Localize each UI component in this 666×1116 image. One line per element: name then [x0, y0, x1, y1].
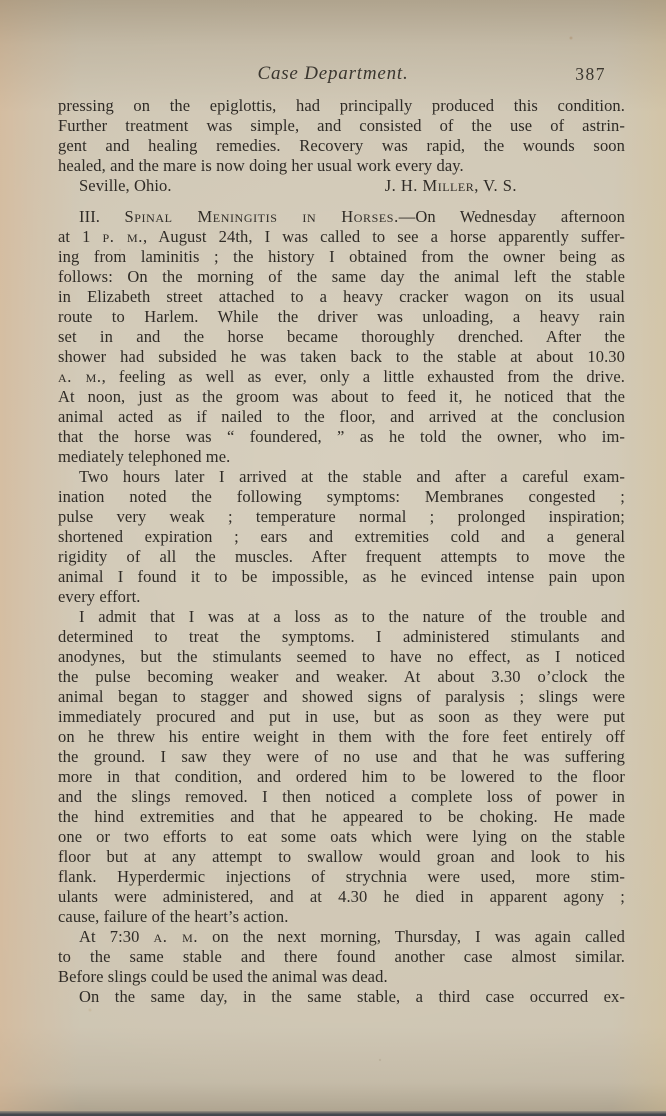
text-segment: I admit that I was at a loss as to the n…: [79, 607, 625, 626]
para-third-case: On the same day, in the same stable, a t…: [58, 987, 625, 1007]
text-line: Before slings could be used the animal w…: [58, 967, 625, 987]
text-line: At 7:30 a. m. on the next morning, Thurs…: [58, 927, 625, 947]
page-number: 387: [575, 64, 606, 85]
text-segment: immediately procured and put in use, but…: [58, 707, 625, 726]
text-segment: route to Harlem. While the driver was un…: [58, 307, 625, 326]
text-segment: pulse very weak ; temperature normal ; p…: [58, 507, 625, 526]
text-line: mediately telephoned me.: [58, 447, 625, 467]
text-line: the ground. I saw they were of no use an…: [58, 747, 625, 767]
text-line: On the same day, in the same stable, a t…: [58, 987, 625, 1007]
text-line: ulants were administered, and at 4.30 he…: [58, 887, 625, 907]
text-line: one or two efforts to eat some oats whic…: [58, 827, 625, 847]
text-line: healed, and the mare is now doing her us…: [58, 156, 625, 176]
text-segment: flank. Hyperdermic injections of strychn…: [58, 867, 625, 886]
text-segment: At 7:30: [79, 927, 154, 946]
text-segment: floor but at any attempt to swallow woul…: [58, 847, 625, 866]
text-line: shortened expiration ; ears and extremit…: [58, 527, 625, 547]
text-line: cause, failure of the heart’s action.: [58, 907, 625, 927]
text-segment: to the same stable and there found anoth…: [58, 947, 625, 966]
text-segment: follows: On the morning of the same day …: [58, 267, 625, 286]
text-line: shower had subsided he was taken back to…: [58, 347, 625, 367]
text-segment: set in and the horse became thoroughly d…: [58, 327, 625, 346]
text-line: more in that condition, and ordered him …: [58, 767, 625, 787]
text-segment: the ground. I saw they were of no use an…: [58, 747, 625, 766]
text-segment: on he threw his entire weight in them wi…: [58, 727, 625, 746]
text-line: at 1 p. m., August 24th, I was called to…: [58, 227, 625, 247]
text-line: Further treatment was simple, and consis…: [58, 116, 625, 136]
text-line: and the slings removed. I then noticed a…: [58, 787, 625, 807]
signature-author: J. H. Miller, V. S.: [385, 176, 625, 196]
smallcaps-text: Spinal Meningitis in Horses.: [124, 207, 398, 226]
text-segment: ing from laminitis ; the history I obtai…: [58, 247, 625, 266]
text-segment: ination noted the following symptoms: Me…: [58, 487, 625, 506]
para-section-iii-history: III. Spinal Meningitis in Horses.—On Wed…: [58, 207, 625, 467]
signature-line: Seville, Ohio.J. H. Miller, V. S.: [58, 176, 625, 196]
text-segment: shower had subsided he was taken back to…: [58, 347, 625, 366]
text-line: animal acted as if nailed to the floor, …: [58, 407, 625, 427]
smallcaps-text: a. m.: [154, 927, 199, 946]
text-block: pressing on the epiglottis, had principa…: [58, 96, 625, 1007]
text-line: in Elizabeth street attached to a heavy …: [58, 287, 625, 307]
text-segment: Before slings could be used the animal w…: [58, 967, 388, 986]
text-line: III. Spinal Meningitis in Horses.—On Wed…: [58, 207, 625, 227]
text-line: on he threw his entire weight in them wi…: [58, 727, 625, 747]
text-segment: animal I found it to be impossible, as h…: [58, 567, 625, 586]
text-line: gent and healing remedies. Recovery was …: [58, 136, 625, 156]
text-line: the hind extremities and that he appeare…: [58, 807, 625, 827]
smallcaps-text: p. m.: [103, 227, 144, 246]
text-segment: —On Wednesday afternoon: [399, 207, 625, 226]
text-line: to the same stable and there found anoth…: [58, 947, 625, 967]
signature-place: Seville, Ohio.: [58, 176, 172, 196]
text-segment: animal began to stagger and showed signs…: [58, 687, 625, 706]
text-line: follows: On the morning of the same day …: [58, 267, 625, 287]
text-line: pressing on the epiglottis, had principa…: [58, 96, 625, 116]
text-segment: more in that condition, and ordered him …: [58, 767, 625, 786]
text-segment: mediately telephoned me.: [58, 447, 230, 466]
text-segment: Two hours later I arrived at the stable …: [79, 467, 625, 486]
text-segment: determined to treat the symptoms. I admi…: [58, 627, 625, 646]
text-segment: the hind extremities and that he appeare…: [58, 807, 625, 826]
text-segment: and the slings removed. I then noticed a…: [58, 787, 625, 806]
text-line: flank. Hyperdermic injections of strychn…: [58, 867, 625, 887]
text-segment: shortened expiration ; ears and extremit…: [58, 527, 625, 546]
text-line: the pulse becoming weaker and weaker. At…: [58, 667, 625, 687]
text-line: At noon, just as the groom was about to …: [58, 387, 625, 407]
text-segment: On the same day, in the same stable, a t…: [79, 987, 625, 1006]
text-line: that the horse was “ foundered, ” as he …: [58, 427, 625, 447]
text-line: every effort.: [58, 587, 625, 607]
para-treatment: I admit that I was at a loss as to the n…: [58, 607, 625, 927]
text-segment: that the horse was “ foundered, ” as he …: [58, 427, 625, 446]
text-segment: At noon, just as the groom was about to …: [58, 387, 625, 406]
text-segment: cause, failure of the heart’s action.: [58, 907, 288, 926]
text-line: a. m., feeling as well as ever, only a l…: [58, 367, 625, 387]
smallcaps-text: a. m.: [58, 367, 102, 386]
text-segment: , August 24th, I was called to see a hor…: [143, 227, 625, 246]
text-line: route to Harlem. While the driver was un…: [58, 307, 625, 327]
text-line: anodynes, but the stimulants seemed to h…: [58, 647, 625, 667]
page-bottom-edge: [0, 1111, 666, 1116]
text-segment: at 1: [58, 227, 103, 246]
text-line: Two hours later I arrived at the stable …: [58, 467, 625, 487]
text-segment: gent and healing remedies. Recovery was …: [58, 136, 625, 155]
text-line: floor but at any attempt to swallow woul…: [58, 847, 625, 867]
text-line: ination noted the following symptoms: Me…: [58, 487, 625, 507]
text-line: I admit that I was at a loss as to the n…: [58, 607, 625, 627]
text-line: ing from laminitis ; the history I obtai…: [58, 247, 625, 267]
text-line: pulse very weak ; temperature normal ; p…: [58, 507, 625, 527]
para-wound-case-continuation: pressing on the epiglottis, had principa…: [58, 96, 625, 176]
text-segment: on the next morning, Thursday, I was aga…: [198, 927, 625, 946]
running-title: Case Department.: [0, 63, 666, 85]
para-second-case: At 7:30 a. m. on the next morning, Thurs…: [58, 927, 625, 987]
text-segment: animal acted as if nailed to the floor, …: [58, 407, 625, 426]
text-segment: ulants were administered, and at 4.30 he…: [58, 887, 625, 906]
para-symptoms: Two hours later I arrived at the stable …: [58, 467, 625, 607]
text-line: immediately procured and put in use, but…: [58, 707, 625, 727]
text-segment: III.: [79, 207, 124, 226]
text-line: rigidity of all the muscles. After frequ…: [58, 547, 625, 567]
text-segment: healed, and the mare is now doing her us…: [58, 156, 464, 175]
page-header: Case Department. 387: [0, 63, 666, 89]
text-segment: the pulse becoming weaker and weaker. At…: [58, 667, 625, 686]
text-line: set in and the horse became thoroughly d…: [58, 327, 625, 347]
text-segment: Further treatment was simple, and consis…: [58, 116, 625, 135]
text-line: determined to treat the symptoms. I admi…: [58, 627, 625, 647]
text-segment: one or two efforts to eat some oats whic…: [58, 827, 625, 846]
text-line: animal began to stagger and showed signs…: [58, 687, 625, 707]
text-line: animal I found it to be impossible, as h…: [58, 567, 625, 587]
text-segment: pressing on the epiglottis, had principa…: [58, 96, 625, 115]
text-segment: , feeling as well as ever, only a little…: [102, 367, 625, 386]
text-segment: in Elizabeth street attached to a heavy …: [58, 287, 625, 306]
text-segment: every effort.: [58, 587, 141, 606]
text-segment: anodynes, but the stimulants seemed to h…: [58, 647, 625, 666]
scanned-book-page: Case Department. 387 pressing on the epi…: [0, 0, 666, 1116]
text-segment: rigidity of all the muscles. After frequ…: [58, 547, 625, 566]
